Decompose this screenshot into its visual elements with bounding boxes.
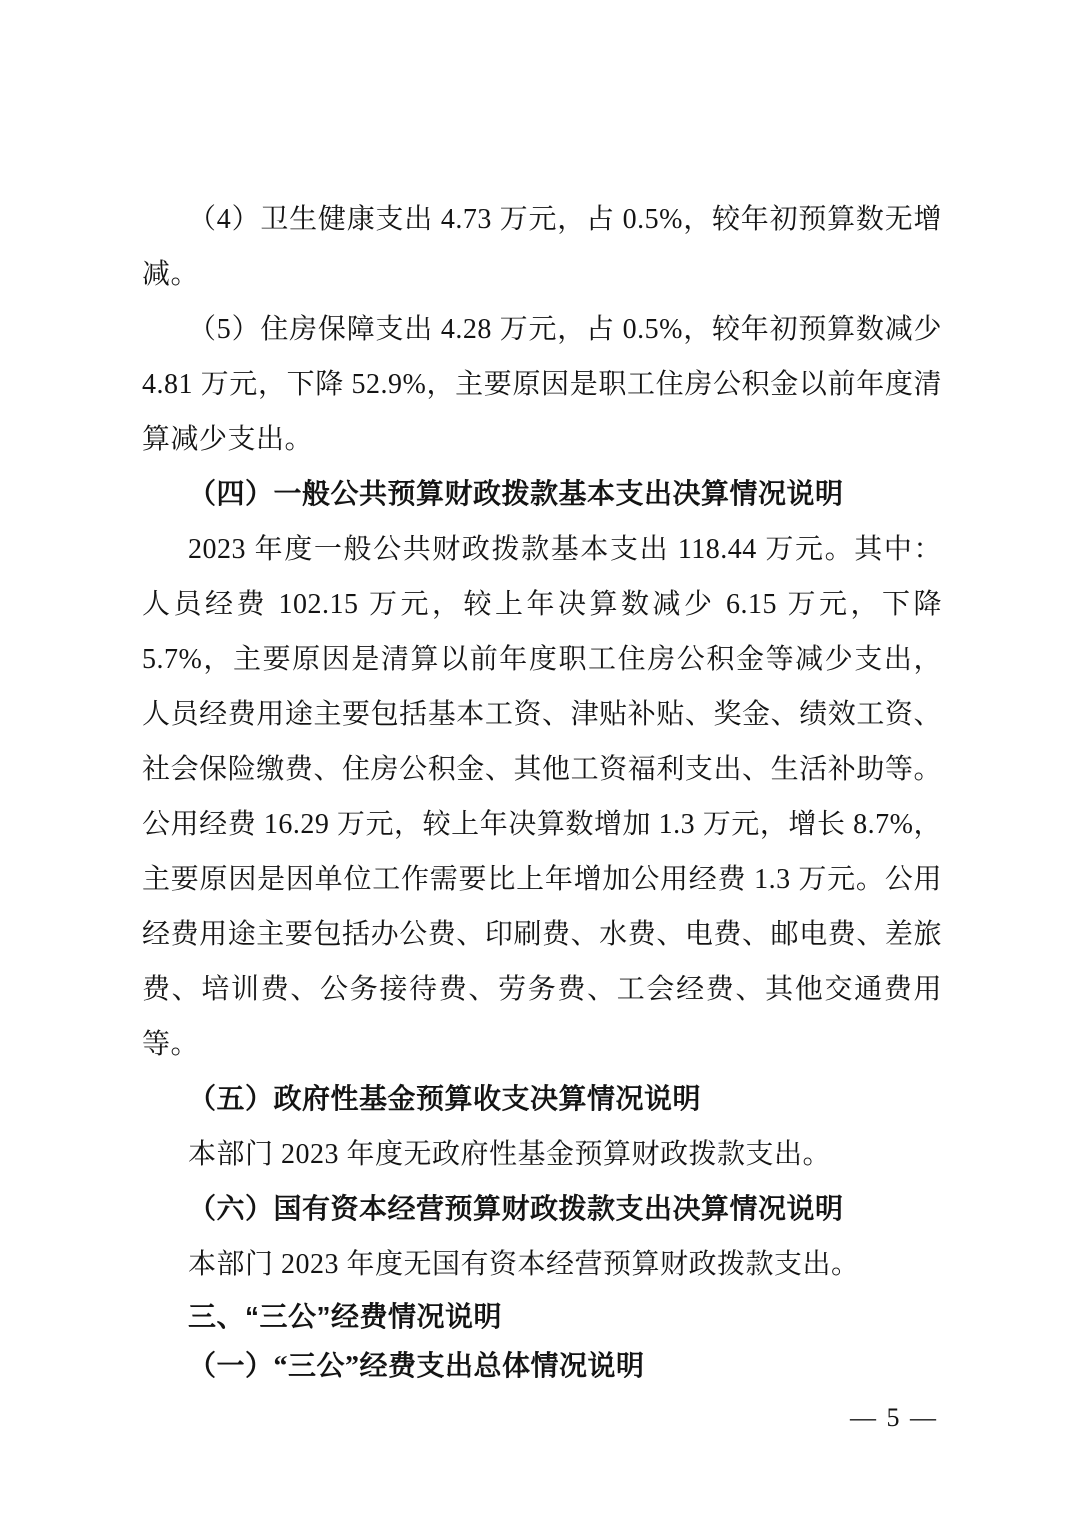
document-body: （4）卫生健康支出 4.73 万元，占 0.5%，较年初预算数无增减。 （5）住…: [142, 192, 942, 1392]
heading-section-six-state-capital: （六）国有资本经营预算财政拨款支出决算情况说明: [142, 1182, 942, 1237]
document-page: （4）卫生健康支出 4.73 万元，占 0.5%，较年初预算数无增减。 （5）住…: [0, 0, 1075, 1520]
heading-three-public-funds: 三、“三公”经费情况说明: [142, 1292, 942, 1342]
paragraph-basic-expenditure-detail: 2023 年度一般公共财政拨款基本支出 118.44 万元。其中：人员经费 10…: [142, 522, 942, 1072]
paragraph-state-capital-statement: 本部门 2023 年度无国有资本经营预算财政拨款支出。: [142, 1237, 942, 1292]
paragraph-gov-fund-statement: 本部门 2023 年度无政府性基金预算财政拨款支出。: [142, 1127, 942, 1182]
paragraph-health-expenditure: （4）卫生健康支出 4.73 万元，占 0.5%，较年初预算数无增减。: [142, 192, 942, 302]
page-number: — 5 —: [850, 1398, 938, 1438]
heading-section-four-basic-expenditure: （四）一般公共预算财政拨款基本支出决算情况说明: [142, 467, 942, 522]
heading-section-five-gov-fund: （五）政府性基金预算收支决算情况说明: [142, 1072, 942, 1127]
heading-three-public-funds-overview: （一）“三公”经费支出总体情况说明: [142, 1342, 942, 1392]
paragraph-housing-expenditure: （5）住房保障支出 4.28 万元，占 0.5%，较年初预算数减少 4.81 万…: [142, 302, 942, 467]
